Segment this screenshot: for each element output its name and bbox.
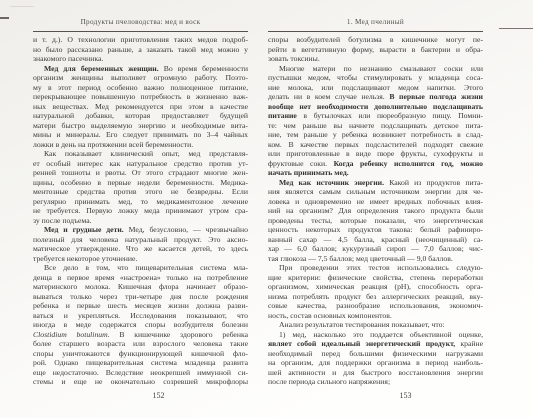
text-line: ренней тошноты и рвоты. От этого страдаю… [33,168,248,178]
text-line: материнского молока. Кишечная флора начи… [33,282,248,292]
page-right: 1. Мед пчелиный споры возбудителей ботул… [268,0,483,400]
text-line: ценность некоторых продуктов такова: бел… [268,225,483,235]
text-line: ваться и укрепляться. Исследования показ… [33,311,248,321]
page-left: Продукты пчеловодства: мед и воск и т. д… [33,0,248,400]
text-line: матери быстро выделяемую энергию и необх… [33,121,248,131]
text-line: проведены тесты, которые показали, что э… [268,216,483,226]
text-line: на организм, для поддержки организма в п… [268,358,483,368]
page-number-left: 152 [51,391,266,400]
text-line: или приготовленные в виде пюре фрукты, с… [268,149,483,159]
text-line: Мед для беременных женщин. Во время бере… [33,64,248,74]
text-line: не требуется. Первую ложку меда принимаю… [33,206,248,216]
text-line: денца в первое время «настроена» только … [33,273,248,283]
scan-artifact-faint-line [10,6,34,7]
text-line: ние молока, или подслащивают медом напит… [268,83,483,93]
running-head-right: 1. Мед пчелиный [268,18,483,32]
text-line: ет особый интерес как натуральное средст… [33,159,248,169]
text-line: ложки в день на протяжении всей беременн… [33,140,248,150]
text-line: хар — 6,0 баллов; кукурузный сироп — 7,0… [268,244,483,254]
text-line: делать ни в коем случае нельзя. В первые… [268,92,483,102]
text-line: мины и минералы. Его следует принимать п… [33,130,248,140]
text-line: щины, особенно в первые недели беременно… [33,178,248,188]
text-line: фруктовые соки. Когда ребенку исполнится… [268,159,483,169]
text-line: споры уничтожаются функционирующей кишеч… [33,349,248,359]
text-line: му в этот период особенно важно полноцен… [33,83,248,93]
text-line: знакомого пасечника. [33,54,248,64]
page-left-body: и т. д.). О технологии приготовления так… [33,35,248,387]
text-line: ность, состав основных компонентов. [268,311,483,321]
text-line: ментозные средства против этого не безвр… [33,187,248,197]
text-line: 1) мед, насколько это поддается объектив… [268,330,483,340]
text-line: стемы и еще не окончательно созревшей ми… [33,377,248,387]
text-line: Мед и грудные дети. Мед, безусловно, — ч… [33,225,248,235]
text-line: более старшего возраста или взрослого че… [33,339,248,349]
text-line: иногда в меде содержатся споры возбудите… [33,320,248,330]
text-line: начать принимать мед. [268,168,483,178]
text-line: ний на организм? Для определения такого … [268,206,483,216]
text-line: ванный сахар — 4,5 балла, красный (неочи… [268,235,483,245]
scan-artifact-left-edge-dash [0,17,9,19]
text-line: зовать токсины. [268,54,483,64]
text-line: Анализ результатов тестирования показыва… [268,320,483,330]
text-line: тая глюкоза — 7,5 баллов; мед цветочный … [268,254,483,264]
text-line: требуется некоторое уточнение. [33,254,248,264]
book-page-scan: Продукты пчеловодства: мед и воск и т. д… [0,0,533,418]
text-line: те: чем раньше вы начнете подслащивать д… [268,121,483,131]
text-line: Многие матери по незнанию смазывают соск… [268,64,483,74]
text-line: совые качества, разнообразие использован… [268,301,483,311]
text-line: ребенка и первые шесть месяцев жизни дол… [33,301,248,311]
text-line: зу после подъема. [33,216,248,226]
text-line: Clostidium botulinum. В кишечнике здоров… [33,330,248,340]
text-line: Все дело в том, что пищеварительная сист… [33,263,248,273]
text-line: Мед как источник энергии. Какой из проду… [268,178,483,188]
text-line: споры возбудителей ботулизма в кишечнике… [268,35,483,45]
page-number-right: 153 [298,391,513,400]
text-line: ние, тем раньше у ребенка возникнет потр… [268,130,483,140]
text-line: но было рассказано раньше, а заказать та… [33,45,248,55]
text-line: низма потреблять продукт без аллергическ… [268,292,483,302]
text-line: питание в бутылочках или пюреобразную пи… [268,111,483,121]
running-head-left: Продукты пчеловодства: мед и воск [33,18,248,32]
text-line: ния является самым сильным источником эн… [268,187,483,197]
text-line: натуральной добавки, которая предоставля… [33,111,248,121]
text-line: матическое утверждение. Что же касается … [33,244,248,254]
scan-artifact-right-edge-dash [499,28,533,29]
text-line: вообще нет необходимости дополнительно п… [268,102,483,112]
text-line: Как показывает клинический опыт, мед пре… [33,149,248,159]
text-line: организмом, химическая реакция (pH), спо… [268,282,483,292]
text-line: после периода сильного напряжения; [268,377,483,387]
text-line: организм женщины выполняет огромную рабо… [33,73,248,83]
text-line: являет собой идеальный энергетический пр… [268,339,483,349]
text-line: перекрывающее повышенную потребность в ж… [33,92,248,102]
text-line: шей активности и для быстрого восстановл… [268,368,483,378]
text-line: и т. д.). О технологии приготовления так… [33,35,248,45]
text-line: регулярно принимать мед, то медикаментоз… [33,197,248,207]
text-line: При проведении этих тестов использовалис… [268,263,483,273]
text-line: ком. В качестве первых подсластителей по… [268,140,483,150]
text-line: необходимый перед большими физическими н… [268,349,483,359]
text-line: ловека и одновременно не имеет вредных п… [268,197,483,207]
text-line: щие критерии: физические свойства, степе… [268,273,483,283]
text-line: вываться только через три-четыре дня пос… [33,292,248,302]
text-line: еще недостаточно. Вследствие неокрепшей … [33,368,248,378]
page-right-body: споры возбудителей ботулизма в кишечнике… [268,35,483,387]
text-line: ных веществах. Мед рекомендуется при это… [33,102,248,112]
text-line: пустышки медом, чтобы стимулировать у мл… [268,73,483,83]
text-line: рейти в вегетативную форму, вырасти в ба… [268,45,483,55]
text-line: полезный для человека натуральный продук… [33,235,248,245]
text-line: рой. Однако пищеварительная система млад… [33,358,248,368]
